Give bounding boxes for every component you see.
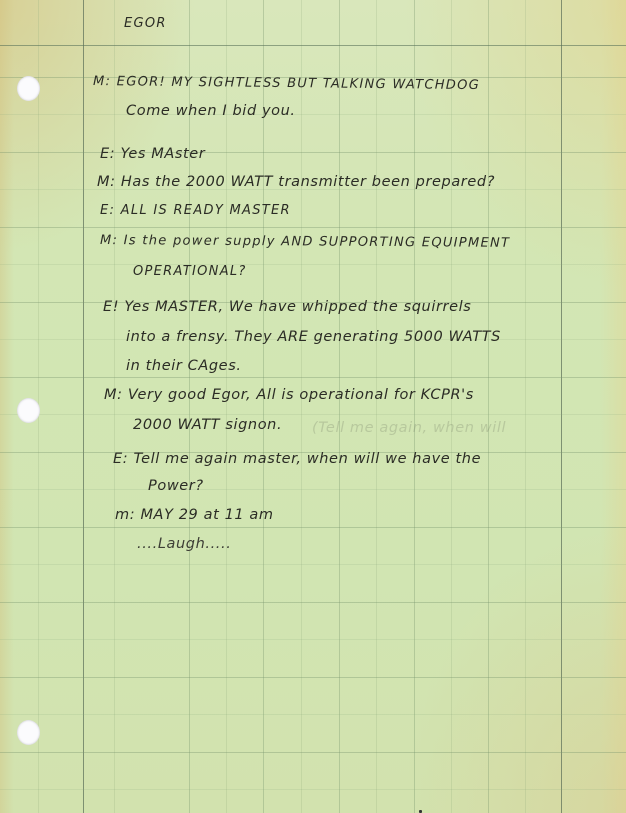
dialogue-line: E: Yes MAster bbox=[100, 146, 205, 162]
dialogue-line: Power? bbox=[148, 478, 204, 494]
speaker-label: M: bbox=[104, 387, 123, 403]
grid-line bbox=[301, 0, 302, 813]
dialogue-line: m: MAY 29 at 11 am bbox=[115, 507, 274, 523]
left-margin-line bbox=[83, 0, 84, 813]
grid-line bbox=[0, 639, 626, 640]
dialogue-text: Yes MASTER, We have whipped the squirrel… bbox=[124, 299, 471, 315]
grid-line bbox=[0, 227, 626, 228]
dialogue-line: OPERATIONAL? bbox=[133, 264, 247, 279]
dialogue-line: M: EGOR! MY SIGHTLESS BUT TALKING WATCHD… bbox=[93, 74, 480, 93]
dialogue-line: M: Very good Egor, All is operational fo… bbox=[104, 387, 474, 403]
grid-line bbox=[226, 0, 227, 813]
grid-line bbox=[114, 0, 115, 813]
dialogue-line: 2000 WATT signon. bbox=[133, 417, 282, 433]
grid-line bbox=[0, 527, 626, 528]
dialogue-text: MAY 29 at 11 am bbox=[140, 507, 273, 523]
grid-line bbox=[0, 152, 626, 153]
dialogue-text: Is the power supply AND SUPPORTING EQUIP… bbox=[124, 233, 511, 251]
dialogue-line: in their CAges. bbox=[126, 358, 242, 374]
grid-line bbox=[0, 377, 626, 378]
grid-line bbox=[525, 0, 526, 813]
speaker-label: E! bbox=[103, 299, 119, 315]
speaker-label: M: bbox=[97, 174, 116, 190]
dialogue-line: E! Yes MASTER, We have whipped the squir… bbox=[103, 299, 471, 315]
dialogue-text: Has the 2000 WATT transmitter been prepa… bbox=[121, 174, 495, 190]
grid-line bbox=[0, 752, 626, 753]
grid-line bbox=[0, 114, 626, 115]
speaker-label: M: bbox=[100, 233, 118, 248]
punch-hole bbox=[17, 720, 40, 745]
grid-line bbox=[414, 0, 415, 813]
grid-line bbox=[0, 789, 626, 790]
dialogue-line: E: Tell me again master, when will we ha… bbox=[113, 451, 481, 467]
dialogue-text: Yes MAster bbox=[120, 146, 205, 162]
grid-line bbox=[0, 414, 626, 415]
dialogue-line: M: Has the 2000 WATT transmitter been pr… bbox=[97, 174, 495, 190]
grid-line bbox=[0, 714, 626, 715]
grid-line bbox=[451, 0, 452, 813]
dialogue-line: Come when I bid you. bbox=[126, 103, 296, 119]
dialogue-line: into a frensy. They ARE generating 5000 … bbox=[126, 329, 501, 345]
grid-line bbox=[263, 0, 264, 813]
header-rule bbox=[0, 45, 626, 46]
dialogue-line: E: ALL IS READY MASTER bbox=[100, 203, 291, 218]
grid-line bbox=[0, 677, 626, 678]
speaker-label: E: bbox=[113, 451, 128, 467]
grid-line bbox=[0, 564, 626, 565]
speaker-label: E: bbox=[100, 203, 115, 218]
dialogue-text: Very good Egor, All is operational for K… bbox=[128, 387, 474, 403]
grid-line bbox=[376, 0, 377, 813]
speaker-label: E: bbox=[100, 146, 115, 162]
grid-line bbox=[0, 602, 626, 603]
grid-line bbox=[189, 0, 190, 813]
notebook-page: EGOR M: EGOR! MY SIGHTLESS BUT TALKING W… bbox=[0, 0, 626, 813]
dialogue-line: M: Is the power supply AND SUPPORTING EQ… bbox=[100, 233, 510, 251]
dialogue-text: Tell me again master, when will we have … bbox=[133, 451, 481, 467]
grid-line bbox=[339, 0, 340, 813]
dialogue-text: EGOR! MY SIGHTLESS BUT TALKING WATCHDOG bbox=[117, 74, 480, 93]
right-margin-line bbox=[561, 0, 562, 813]
punch-hole bbox=[17, 398, 40, 423]
speaker-label: m: bbox=[115, 507, 135, 523]
page-title: EGOR bbox=[124, 16, 167, 31]
grid-line bbox=[0, 264, 626, 265]
bleedthrough-text: (Tell me again, when will bbox=[312, 420, 506, 436]
punch-hole bbox=[17, 76, 40, 101]
grid-line bbox=[0, 489, 626, 490]
dialogue-line: ....Laugh..... bbox=[137, 536, 231, 552]
dialogue-text: ALL IS READY MASTER bbox=[121, 203, 291, 218]
speaker-label: M: bbox=[93, 74, 111, 89]
grid-line bbox=[488, 0, 489, 813]
